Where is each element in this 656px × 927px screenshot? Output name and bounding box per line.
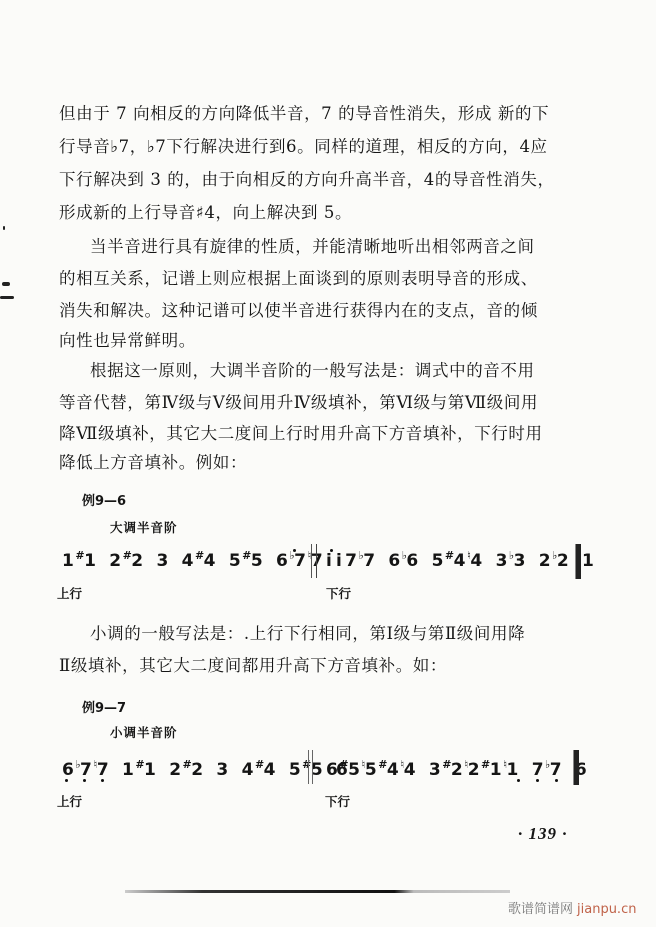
ascending-label: 上行 <box>57 792 82 810</box>
scan-mark <box>3 226 5 230</box>
page-number: · 139 · <box>518 824 568 844</box>
ascending-label: 上行 <box>57 584 82 602</box>
page-number-value: 139 <box>529 824 558 843</box>
paragraph-2-line-2: 的相互关系，记谱上则应根据上面谈到的原则表明导音的形成、 <box>59 269 599 289</box>
example-9-7-title: 小调半音阶 <box>110 723 178 741</box>
watermark-cn: 歌谱简谱网 <box>508 902 573 917</box>
example-9-6-descending-notes: i 7♭7 6♭6 5#4♮4 3♭3 2♭2 1 <box>326 549 594 571</box>
low-octave-dot <box>536 779 539 782</box>
paragraph-4-line-2: Ⅱ级填补，其它大二度间都用升高下方音填补。如： <box>59 656 599 676</box>
low-octave-dot <box>83 779 86 782</box>
scan-mark <box>0 296 14 299</box>
paragraph-1-line-1: 但由于 7 向相反的方向降低半音，7 的导音性消失，形成 新的下 <box>59 104 599 124</box>
high-octave-dot <box>293 549 296 552</box>
double-barline <box>311 544 317 578</box>
footer-rule <box>125 890 510 893</box>
paragraph-3-line-4: 降低上方音填补。例如： <box>59 453 599 473</box>
descending-label: 下行 <box>326 584 351 602</box>
paragraph-1-line-2: 行导音♭7，♭7下行解决进行到6。同样的道理，相反的方向，4应 <box>59 137 599 157</box>
watermark-en: jianpu.cn <box>577 902 636 917</box>
paragraph-2-line-3: 消失和解决。这种记谱可以使半音进行获得内在的支点，音的倾 <box>59 301 599 321</box>
paragraph-1-line-4: 形成新的上行导音♯4，向上解决到 5。 <box>59 203 599 223</box>
final-barline <box>573 750 579 785</box>
example-9-7-label: 例9—7 <box>82 697 126 716</box>
high-octave-dot <box>330 549 333 552</box>
paragraph-2-line-4: 向性也异常鲜明。 <box>59 331 599 351</box>
scan-mark <box>2 282 10 286</box>
paragraph-4-line-1: 小调的一般写法是：.上行下行相同，第Ⅰ级与第Ⅱ级间用降 <box>90 624 600 644</box>
example-9-7-descending-notes: 6#5♮5#4♮4 3#2♮2#1♮1 7♭7 6 <box>326 758 587 780</box>
paragraph-1-line-3: 下行解决到 3 的，由于向相反的方向升高半音，4的导音性消失， <box>59 170 599 190</box>
paragraph-3-line-3: 降Ⅶ级填补，其它大二度间上行时用升高下方音填补，下行时用 <box>59 424 599 444</box>
paragraph-3-line-2: 等音代替，第Ⅳ级与Ⅴ级间用升Ⅳ级填补，第Ⅵ级与第Ⅶ级间用 <box>59 393 599 413</box>
low-octave-dot <box>517 779 520 782</box>
example-9-6-label: 例9—6 <box>82 490 126 509</box>
paragraph-3-line-1: 根据这一原则，大调半音阶的一般写法是：调式中的音不用 <box>90 361 600 381</box>
example-9-6-ascending-notes: 1#1 2#2 3 4#4 5#5 6♭7♮7 i <box>62 549 342 571</box>
watermark: 歌谱简谱网jianpu.cn <box>508 898 636 917</box>
descending-label: 下行 <box>325 792 350 810</box>
example-9-6-title: 大调半音阶 <box>110 518 178 536</box>
low-octave-dot <box>555 779 558 782</box>
example-9-7-ascending-notes: 6♭7♮7 1#1 2#2 3 4#4 5#5 6 <box>62 758 348 780</box>
low-octave-dot <box>101 779 104 782</box>
double-barline <box>308 750 313 784</box>
paragraph-2-line-1: 当半音进行具有旋律的性质，并能清晰地听出相邻两音之间 <box>90 237 600 257</box>
final-barline <box>575 544 581 579</box>
score-page: 但由于 7 向相反的方向降低半音，7 的导音性消失，形成 新的下 行导音♭7，♭… <box>0 0 656 927</box>
low-octave-dot <box>65 779 68 782</box>
